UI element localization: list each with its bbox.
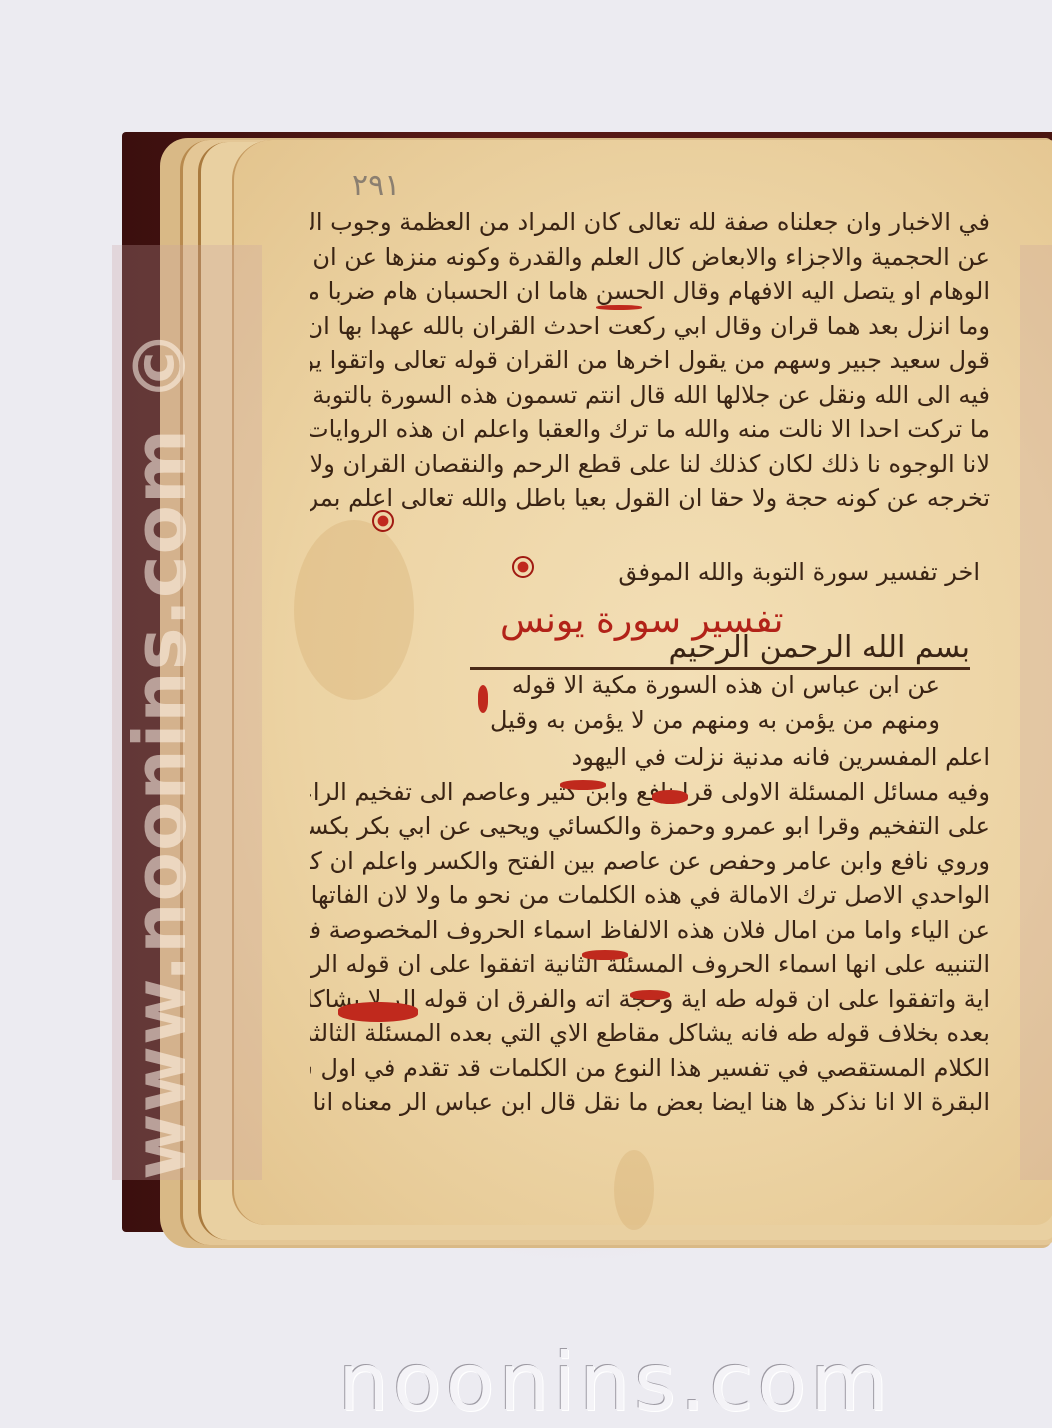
text-line: بعده بخلاف قوله طه فانه يشاكل مقاطع الاي… — [310, 1016, 990, 1051]
text-line: الكلام المستقصي في تفسير هذا النوع من ال… — [310, 1051, 990, 1086]
text-line: في الاخبار وان جعلناه صفة لله تعالى كان … — [310, 205, 990, 240]
rubric-overline — [560, 780, 606, 790]
rubric-mark — [478, 685, 488, 713]
upper-text-block: في الاخبار وان جعلناه صفة لله تعالى كان … — [310, 205, 990, 516]
text-line: وفيه مسائل المسئلة الاولى قرا نافع وابن … — [310, 775, 990, 810]
text-line: عن الياء واما من امال فلان هذه الالفاظ ا… — [310, 913, 990, 948]
text-line: وروي نافع وابن عامر وحفص عن عاصم بين الف… — [310, 844, 990, 879]
lower-text-block: اعلم المفسرين فانه مدنية نزلت في اليهود … — [310, 740, 990, 1120]
rubric-overline — [596, 305, 642, 310]
lower-intro-block: عن ابن عباس ان هذه السورة مكية الا قوله … — [480, 668, 940, 737]
text-line: قول سعيد جبير وسهم من يقول اخرها من القر… — [310, 343, 990, 378]
watermark-vertical: www.noonins.com © — [118, 329, 202, 1180]
verse-end-marker-icon — [372, 510, 394, 532]
colophon-line: اخر تفسير سورة التوبة والله الموفق — [540, 555, 980, 590]
text-line: لانا الوجوه نا ذلك لكان كذلك لنا على قطع… — [310, 447, 990, 482]
verse-end-marker-icon — [512, 556, 534, 578]
watermark-band — [1020, 245, 1052, 1180]
text-line: عن الحجمية والاجزاء والابعاض كال العلم و… — [310, 240, 990, 275]
rubric-overline — [582, 950, 628, 960]
text-line: الوهام او يتصل اليه الافهام وقال الحسن ه… — [310, 274, 990, 309]
text-line: ومنهم من يؤمن به ومنهم من لا يؤمن به وقي… — [480, 703, 940, 738]
paper-stain — [614, 1150, 654, 1230]
folio-number: ٢٩١ — [352, 168, 400, 203]
rubric-overline — [338, 1002, 418, 1022]
text-line: البقرة الا انا نذكر ها هنا ايضا بعض ما ن… — [310, 1085, 990, 1120]
watermark-bottom: noonins.com — [338, 1336, 892, 1428]
text-line: عن ابن عباس ان هذه السورة مكية الا قوله — [480, 668, 940, 703]
text-line: التنبيه على انها اسماء الحروف المسئلة ال… — [310, 947, 990, 982]
text-line: فيه الى الله ونقل عن جلالها الله قال انت… — [310, 378, 990, 413]
rubric-overline — [652, 790, 688, 804]
text-line: ما تركت احدا الا نالت منه والله ما ترك و… — [310, 412, 990, 447]
paper-stain — [294, 520, 414, 700]
text-line: على التفخيم وقرا ابو عمرو وحمزة والكسائي… — [310, 809, 990, 844]
text-line: الواحدي الاصل ترك الامالة في هذه الكلمات… — [310, 878, 990, 913]
rubric-overline — [630, 990, 670, 1000]
text-line: اعلم المفسرين فانه مدنية نزلت في اليهود — [310, 740, 990, 775]
text-line: تخرجه عن كونه حجة ولا حقا ان القول بعيا … — [310, 481, 990, 516]
basmala: بسم الله الرحمن الرحيم — [470, 630, 970, 670]
text-line: وما انزل بعد هما قران وقال ابي ركعت احدث… — [310, 309, 990, 344]
